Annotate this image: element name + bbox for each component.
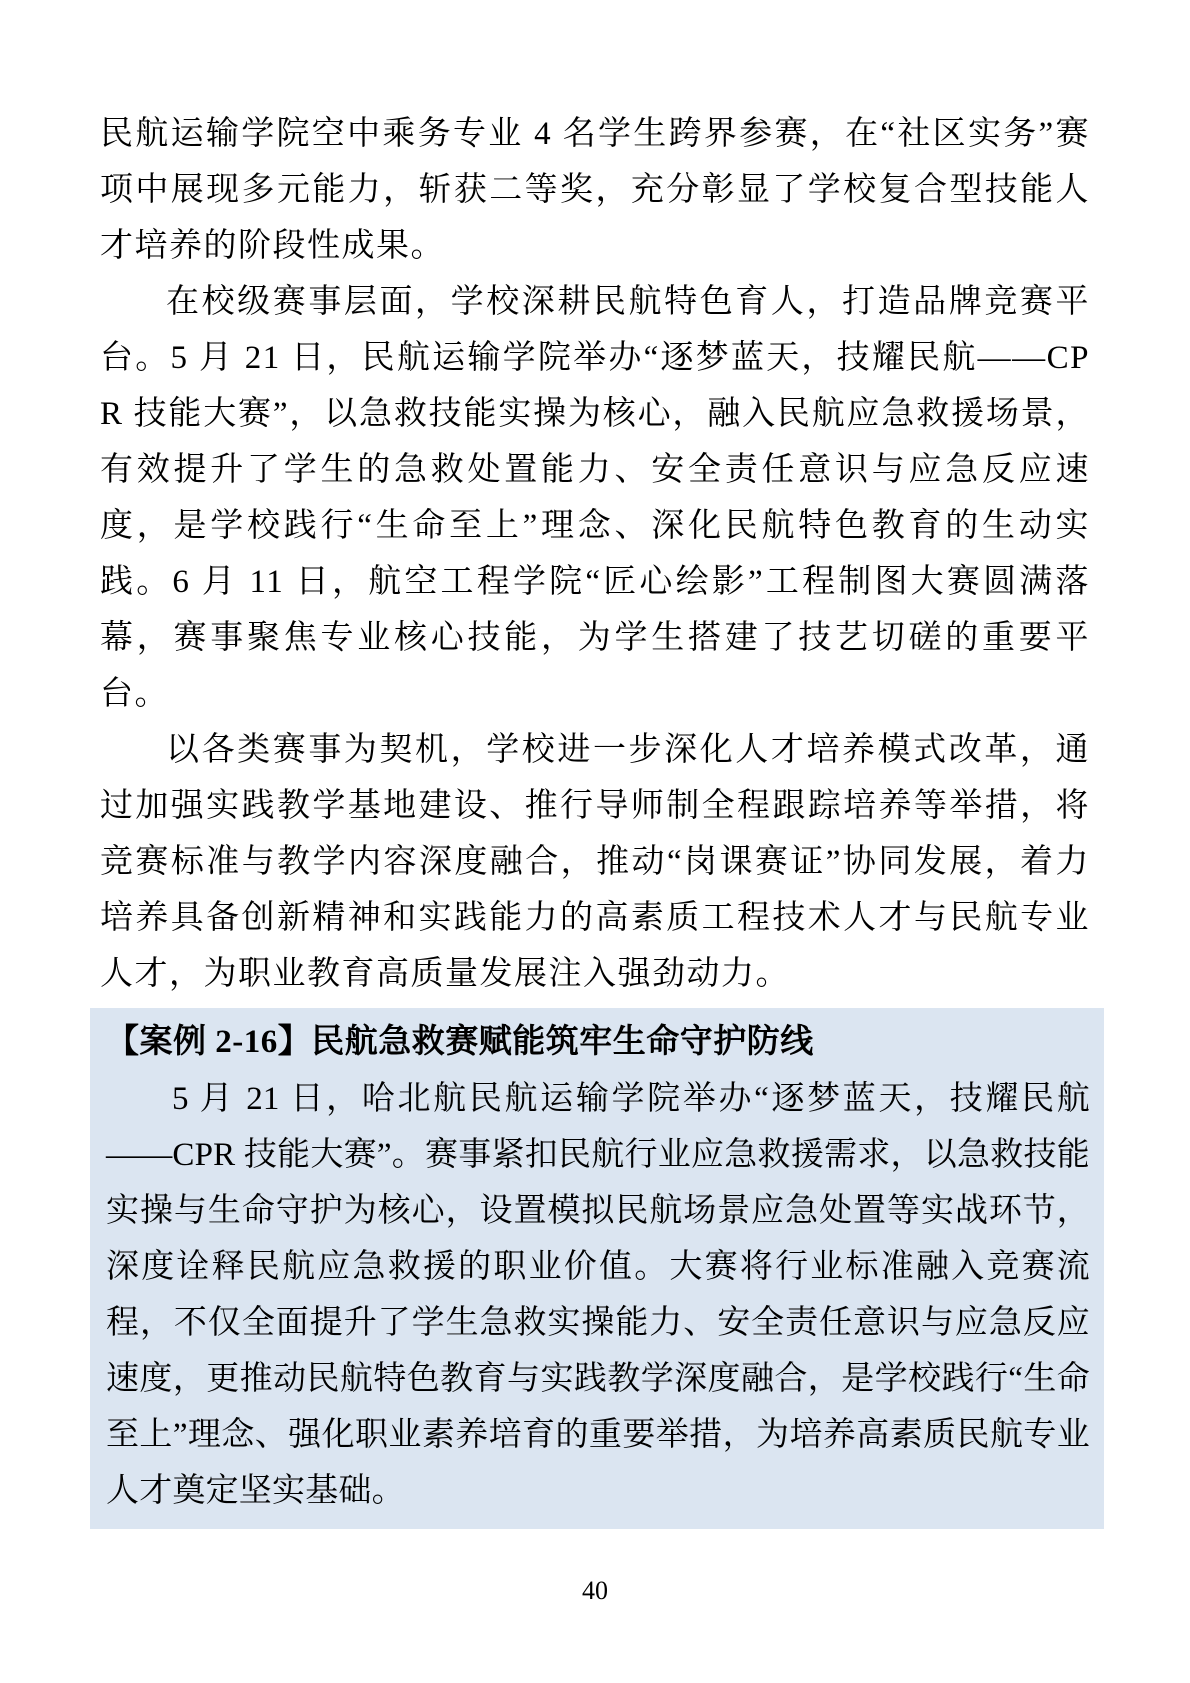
case-box-heading: 【案例 2-16】民航急救赛赋能筑牢生命守护防线	[106, 1014, 1090, 1071]
paragraph-reform: 以各类赛事为契机，学校进一步深化人才培养模式改革，通过加强实践教学基地建设、推行…	[100, 722, 1090, 1002]
case-box-body: 5 月 21 日，哈北航民航运输学院举办“逐梦蓝天，技耀民航——CPR 技能大赛…	[106, 1071, 1090, 1519]
page-number: 40	[0, 1576, 1190, 1606]
paragraph-continuation: 民航运输学院空中乘务专业 4 名学生跨界参赛，在“社区实务”赛项中展现多元能力，…	[100, 106, 1090, 274]
text-block: 民航运输学院空中乘务专业 4 名学生跨界参赛，在“社区实务”赛项中展现多元能力，…	[0, 0, 1190, 1529]
case-highlight-box: 【案例 2-16】民航急救赛赋能筑牢生命守护防线 5 月 21 日，哈北航民航运…	[90, 1008, 1104, 1529]
paragraph-school-competitions: 在校级赛事层面，学校深耕民航特色育人，打造品牌竞赛平台。5 月 21 日，民航运…	[100, 274, 1090, 722]
document-page: 民航运输学院空中乘务专业 4 名学生跨界参赛，在“社区实务”赛项中展现多元能力，…	[0, 0, 1190, 1683]
